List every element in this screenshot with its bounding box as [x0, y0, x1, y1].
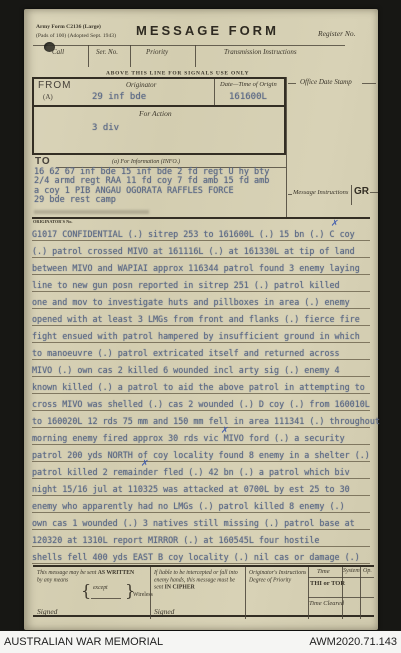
op-label: Op. [363, 568, 372, 574]
signals-divider-1 [88, 45, 89, 67]
info-line: 29 bde rest camp [34, 196, 284, 206]
from-label: FROM [38, 80, 71, 91]
signals-top-rule [33, 45, 345, 46]
time-label: Time [317, 568, 330, 575]
body-line: fight ensued with patrol hampered by ins… [32, 326, 370, 343]
body-line: morning enemy fired approx 30 rds vic MI… [32, 428, 370, 445]
body-line: own cas 1 wounded (.) 3 natives still mi… [32, 513, 370, 530]
wireless-label: Wireless [133, 591, 153, 598]
body-line: cross MIVO was shelled (.) cas 2 wounded… [32, 394, 370, 411]
originators-instructions: Originator's Instructions Degree of Prio… [249, 569, 308, 583]
signed-label: Signed [154, 607, 174, 616]
for-action-box: For Action 3 div [32, 107, 286, 155]
body-line: G1017 CONFIDENTIAL (.) sitrep 253 to 161… [32, 224, 370, 241]
serial-label: Ser. No. [96, 48, 118, 56]
for-action-value: 3 div [92, 123, 119, 133]
gr-label: GR [354, 186, 369, 197]
body-line: between MIVO and WAPIAI approx 116344 pa… [32, 258, 370, 275]
from-sub-label: (A) [43, 93, 53, 101]
message-instructions-label: Message Instructions [293, 189, 348, 196]
for-information-label: (a) For Information (INFO.) [112, 158, 180, 165]
body-line: opened with at least 3 LMGs from front a… [32, 309, 370, 326]
pencil-x-mark: ✗ [330, 219, 339, 230]
hole-punch [44, 42, 55, 52]
originator-value: 29 inf bde [92, 92, 146, 102]
message-form-scan: Army Form C2136 (Large) (Pads of 100) (A… [24, 9, 378, 630]
brace-open: { [81, 581, 91, 600]
pencil-x-mark: ✗ [140, 459, 149, 470]
originator-label: Originator [126, 81, 156, 89]
form-number-line1: Army Form C2136 (Large) [36, 23, 116, 29]
priority-label: Priority [146, 48, 168, 56]
scan-smudge [34, 210, 149, 214]
date-time-origin-label: Date—Time of Origin [220, 81, 277, 88]
body-line: shells fell 400 yds EAST B coy locality … [32, 547, 370, 564]
register-no-label: Register No. [318, 29, 356, 38]
cipher-text: If liable to be intercepted or fall into… [154, 569, 243, 591]
body-line: one and mov to investigate huts and pill… [32, 292, 370, 309]
from-box: FROM (A) Originator 29 inf bde Date—Time… [32, 77, 286, 107]
message-body: G1017 CONFIDENTIAL (.) sitrep 253 to 161… [32, 224, 370, 564]
archive-name: AUSTRALIAN WAR MEMORIAL [4, 636, 163, 648]
time-table: Time System Op. THI or TOR Time Cleared [308, 567, 374, 619]
except-label: except [93, 584, 108, 591]
form-number-line2: (Pads of 100) (Adopted Sept. 1943) [36, 32, 116, 38]
body-line: 120320 at 1310L report MIRROR (.) at 160… [32, 530, 370, 547]
body-line: night 15/16 jul at 110325 was attacked a… [32, 479, 370, 496]
right-column-divider [286, 77, 287, 218]
body-top-rule [32, 217, 370, 219]
bottom-boxes: This message may be sent AS WRITTEN by a… [33, 565, 374, 617]
archive-footer: AUSTRALIAN WAR MEMORIAL AWM2020.71.143 [0, 631, 401, 653]
form-number: Army Form C2136 (Large) (Pads of 100) (A… [36, 23, 136, 40]
signals-divider-3 [195, 45, 196, 67]
body-line: to 160020L 12 rds 75 mm and 150 mm fell … [32, 411, 370, 428]
to-label: TO [35, 156, 51, 167]
body-line: patrol killed 2 remainder fled (.) 42 bn… [32, 462, 370, 479]
body-line: patrol 200 yds NORTH of coy locality fou… [32, 445, 370, 462]
signals-divider-2 [130, 45, 131, 67]
thi-tor-label: THI or TOR [310, 580, 345, 587]
time-cleared-label: Time Cleared [309, 600, 344, 607]
office-date-stamp-label: Office Date Stamp [300, 78, 352, 86]
transmission-label: Transmission Instructions [224, 48, 297, 56]
info-addressees: 16 62 67 inf bde 15 inf bde 2 fd regt U … [34, 167, 284, 205]
signals-note: ABOVE THIS LINE FOR SIGNALS USE ONLY [106, 70, 249, 76]
date-time-origin-value: 161600L [229, 92, 267, 102]
pencil-x-mark: ✗ [220, 426, 229, 437]
accession-number: AWM2020.71.143 [309, 636, 397, 648]
signed-label: Signed [37, 607, 57, 616]
body-line: MIVO (.) own cas 2 killed 6 wounded incl… [32, 360, 370, 377]
body-line: to manoeuvre (.) patrol extricated itsel… [32, 343, 370, 360]
body-line: (.) patrol crossed MIVO at 161116L (.) a… [32, 241, 370, 258]
system-label: System [343, 568, 360, 574]
body-line: known killed (.) a patrol to aid the abo… [32, 377, 370, 394]
body-line: enemy who apparently had no LMGs (.) pat… [32, 496, 370, 513]
for-action-label: For Action [139, 109, 172, 118]
body-line: line to new gun posn reported in sitrep … [32, 275, 370, 292]
info-line: 2/4 armd regt RAA 11 fd coy 7 fd amb 15 … [34, 177, 284, 187]
page-title: MESSAGE FORM [136, 23, 279, 38]
